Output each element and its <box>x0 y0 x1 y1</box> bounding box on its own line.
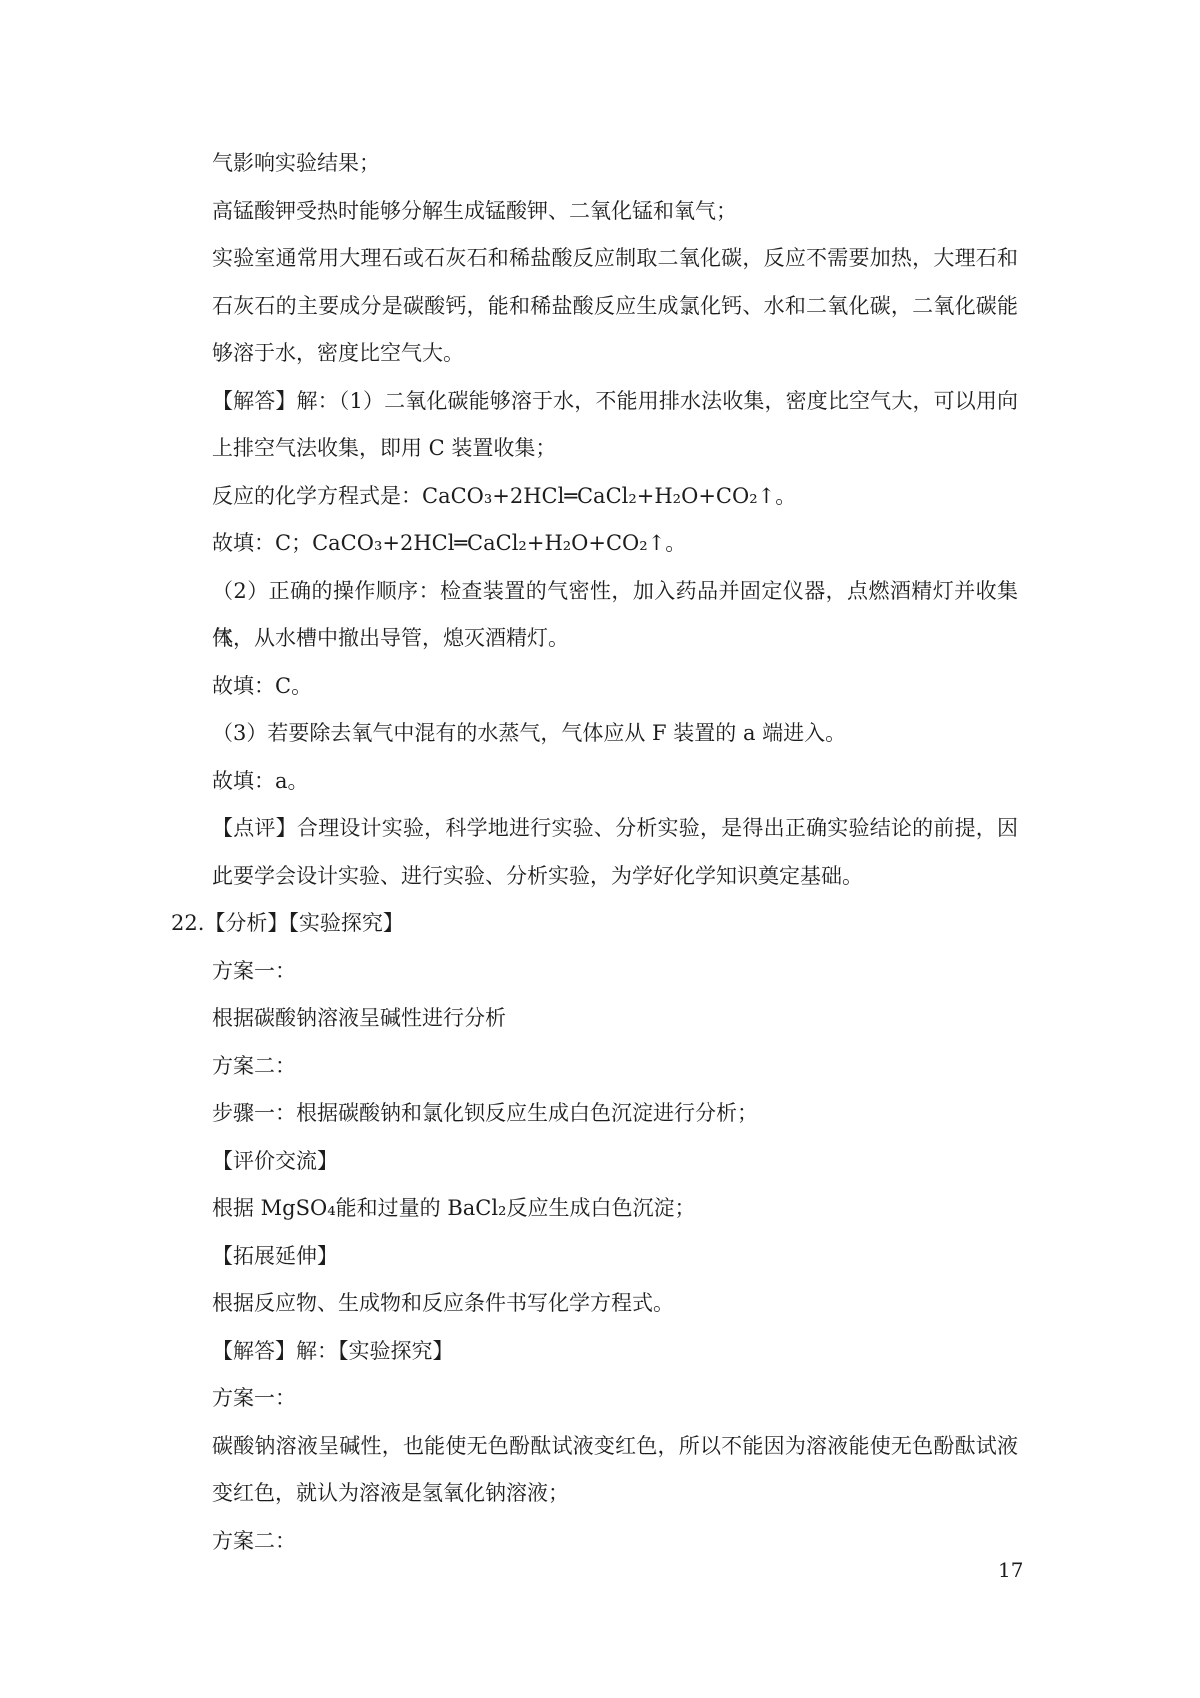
text-line: （3）若要除去氧气中混有的水蒸气，气体应从 F 装置的 a 端进入。 <box>212 710 1018 758</box>
text-line: 步骤一：根据碳酸钠和氯化钡反应生成白色沉淀进行分析； <box>212 1090 1018 1138</box>
text-line: 此要学会设计实验、进行实验、分析实验，为学好化学知识奠定基础。 <box>212 853 1018 901</box>
document-page: 气影响实验结果； 高锰酸钾受热时能够分解生成锰酸钾、二氧化锰和氧气； 实验室通常… <box>0 0 1200 1698</box>
text-line: 根据碳酸钠溶液呈碱性进行分析 <box>212 995 1018 1043</box>
text-line: 高锰酸钾受热时能够分解生成锰酸钾、二氧化锰和氧气； <box>212 188 1018 236</box>
chemical-equation-line: 反应的化学方程式是：CaCO₃+2HCl═CaCl₂+H₂O+CO₂↑。 <box>212 473 1018 521</box>
text-line: （2）正确的操作顺序：检查装置的气密性，加入药品并固定仪器，点燃酒精灯并收集气 <box>212 568 1018 616</box>
comment-section-line: 【点评】合理设计实验，科学地进行实验、分析实验，是得出正确实验结论的前提，因 <box>212 805 1018 853</box>
text-line: 石灰石的主要成分是碳酸钙，能和稀盐酸反应生成氯化钙、水和二氧化碳，二氧化碳能 <box>212 283 1018 331</box>
text-line: 变红色，就认为溶液是氢氧化钠溶液； <box>212 1470 1018 1518</box>
text-line: 根据反应物、生成物和反应条件书写化学方程式。 <box>212 1280 1018 1328</box>
section-heading-line: 【评价交流】 <box>212 1138 1018 1186</box>
text-line: 方案二： <box>212 1043 1018 1091</box>
text-line: 故填：a。 <box>212 758 1018 806</box>
text-line: 根据 MgSO₄能和过量的 BaCl₂反应生成白色沉淀； <box>212 1185 1018 1233</box>
answer-section-line: 【解答】解：（1）二氧化碳能够溶于水，不能用排水法收集，密度比空气大，可以用向 <box>212 378 1018 426</box>
text-line: 碳酸钠溶液呈碱性，也能使无色酚酞试液变红色，所以不能因为溶液能使无色酚酞试液 <box>212 1423 1018 1471</box>
text-line: 方案一： <box>212 948 1018 996</box>
text-line: 实验室通常用大理石或石灰石和稀盐酸反应制取二氧化碳，反应不需要加热，大理石和 <box>212 235 1018 283</box>
text-line: 气影响实验结果； <box>212 140 1018 188</box>
item-22-heading: 22.【分析】【实验探究】 <box>171 900 1018 948</box>
page-number: 17 <box>998 1556 1023 1584</box>
text-line: 方案二： <box>212 1518 1018 1566</box>
answer-section-line: 【解答】解：【实验探究】 <box>212 1328 1018 1376</box>
text-line: 方案一： <box>212 1375 1018 1423</box>
document-text-block: 气影响实验结果； 高锰酸钾受热时能够分解生成锰酸钾、二氧化锰和氧气； 实验室通常… <box>212 140 1018 1565</box>
text-line: 体，从水槽中撤出导管，熄灭酒精灯。 <box>212 615 1018 663</box>
text-line: 故填：C。 <box>212 663 1018 711</box>
text-line: 上排空气法收集，即用 C 装置收集； <box>212 425 1018 473</box>
text-line: 够溶于水，密度比空气大。 <box>212 330 1018 378</box>
section-heading-line: 【拓展延伸】 <box>212 1233 1018 1281</box>
chemical-equation-line: 故填：C；CaCO₃+2HCl═CaCl₂+H₂O+CO₂↑。 <box>212 520 1018 568</box>
